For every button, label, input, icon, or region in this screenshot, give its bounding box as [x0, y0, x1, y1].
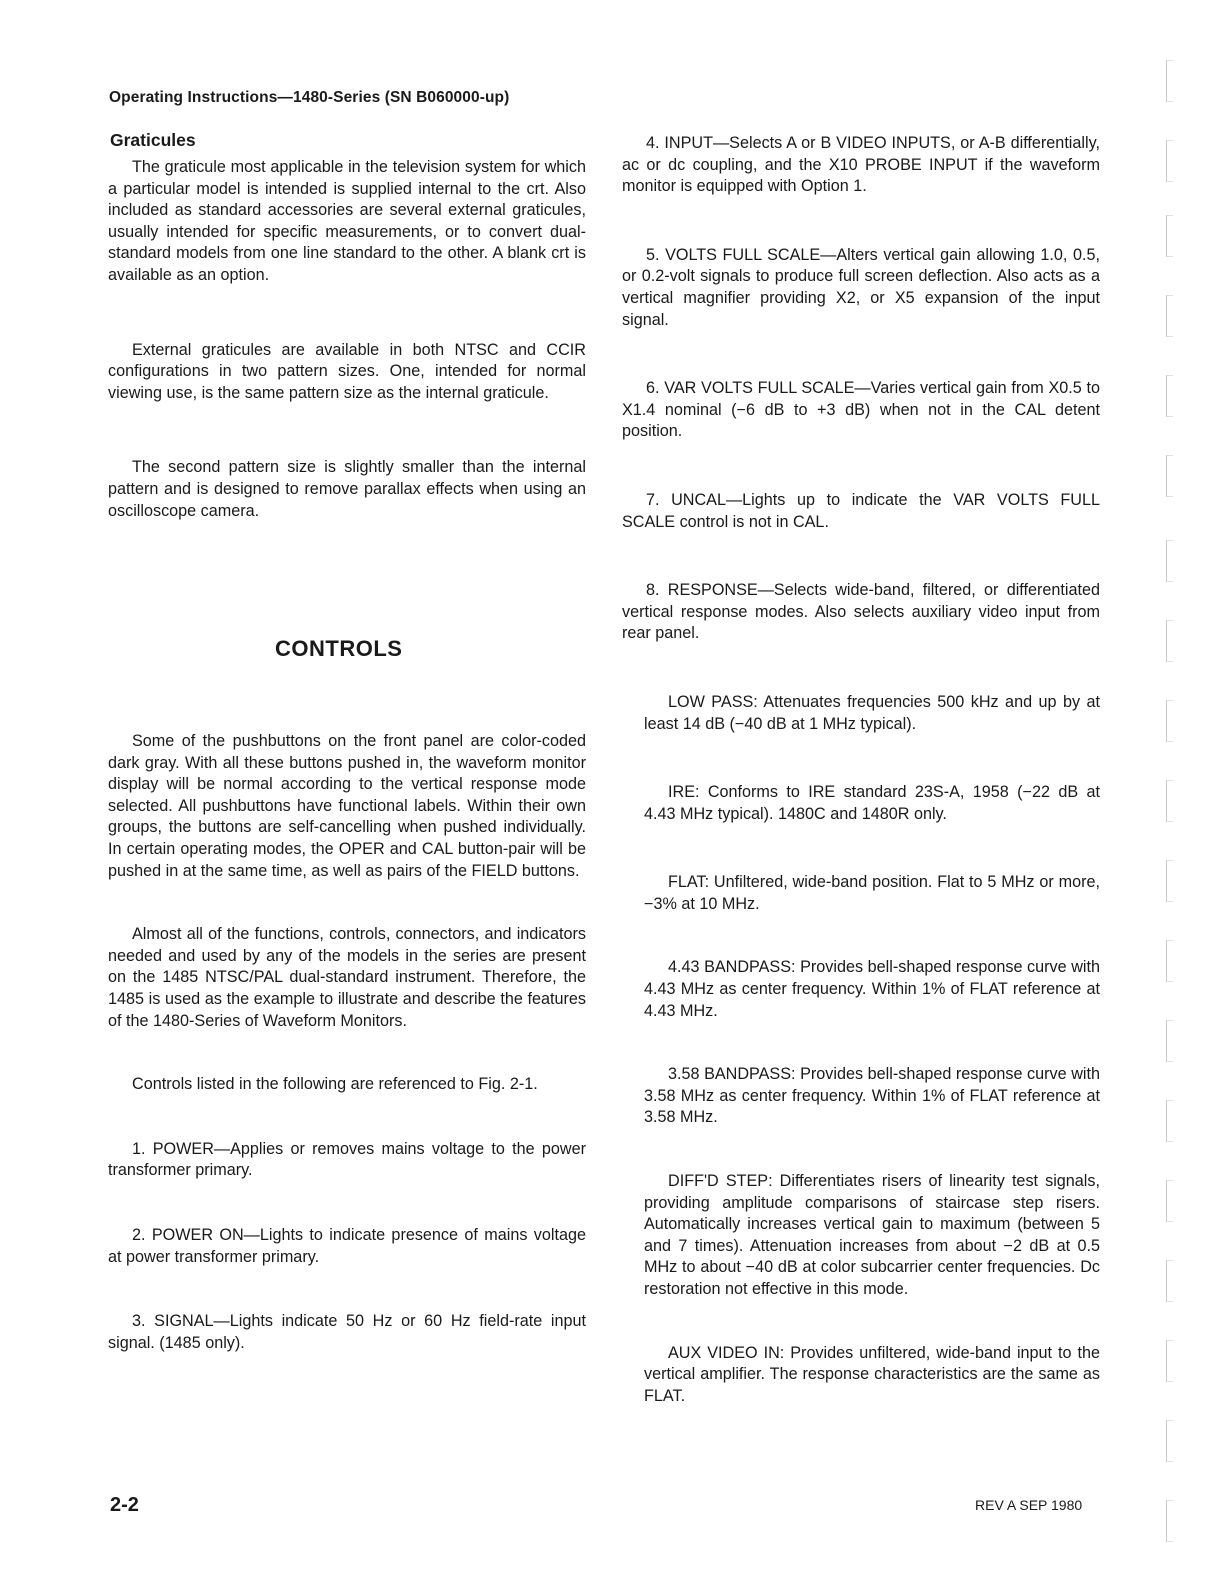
graticules-paragraph: The graticule most applicable in the tel… [108, 157, 586, 287]
section-title-graticules: Graticules [110, 130, 586, 151]
page-number: 2-2 [110, 1494, 139, 1517]
controls-left-column: Some of the pushbuttons on the front pan… [108, 731, 586, 1354]
graticules-paragraph: The second pattern size is slightly smal… [108, 457, 586, 522]
control-item-var-volts-full-scale: 6. VAR VOLTS FULL SCALE—Varies vertical … [622, 378, 1100, 443]
control-item-signal: 3. SIGNAL—Lights indicate 50 Hz or 60 Hz… [108, 1311, 586, 1354]
controls-intro-paragraph: Some of the pushbuttons on the front pan… [108, 731, 586, 882]
control-item-power-on: 2. POWER ON—Lights to indicate presence … [108, 1225, 586, 1268]
control-item-input: 4. INPUT—Selects A or B VIDEO INPUTS, or… [622, 133, 1100, 198]
left-column: Graticules The graticule most applicable… [108, 130, 586, 522]
control-item-power: 1. POWER—Applies or removes mains voltag… [108, 1139, 586, 1182]
control-item-volts-full-scale: 5. VOLTS FULL SCALE—Alters vertical gain… [622, 245, 1100, 331]
revision-date: REV A SEP 1980 [975, 1497, 1082, 1513]
scan-edge-marks [1166, 50, 1186, 1550]
running-header: Operating Instructions—1480-Series (SN B… [109, 89, 509, 107]
graticules-paragraph: External graticules are available in bot… [108, 340, 586, 405]
response-mode-ire: IRE: Conforms to IRE standard 23S-A, 195… [644, 782, 1100, 825]
controls-intro-paragraph: Almost all of the functions, controls, c… [108, 924, 586, 1032]
control-item-uncal: 7. UNCAL—Lights up to indicate the VAR V… [622, 490, 1100, 533]
control-item-response: 8. RESPONSE—Selects wide-band, filtered,… [622, 580, 1100, 645]
response-mode-flat: FLAT: Unfiltered, wide-band position. Fl… [644, 872, 1100, 915]
response-mode-4-43-bandpass: 4.43 BANDPASS: Provides bell-shaped resp… [644, 957, 1100, 1022]
response-mode-low-pass: LOW PASS: Attenuates frequencies 500 kHz… [644, 692, 1100, 735]
response-mode-aux-video-in: AUX VIDEO IN: Provides unfiltered, wide-… [644, 1343, 1100, 1408]
right-column: 4. INPUT—Selects A or B VIDEO INPUTS, or… [622, 133, 1100, 1407]
controls-intro-paragraph: Controls listed in the following are ref… [108, 1074, 586, 1096]
section-title-controls: CONTROLS [275, 636, 402, 662]
response-mode-diffd-step: DIFF'D STEP: Differentiates risers of li… [644, 1171, 1100, 1301]
response-mode-3-58-bandpass: 3.58 BANDPASS: Provides bell-shaped resp… [644, 1064, 1100, 1129]
